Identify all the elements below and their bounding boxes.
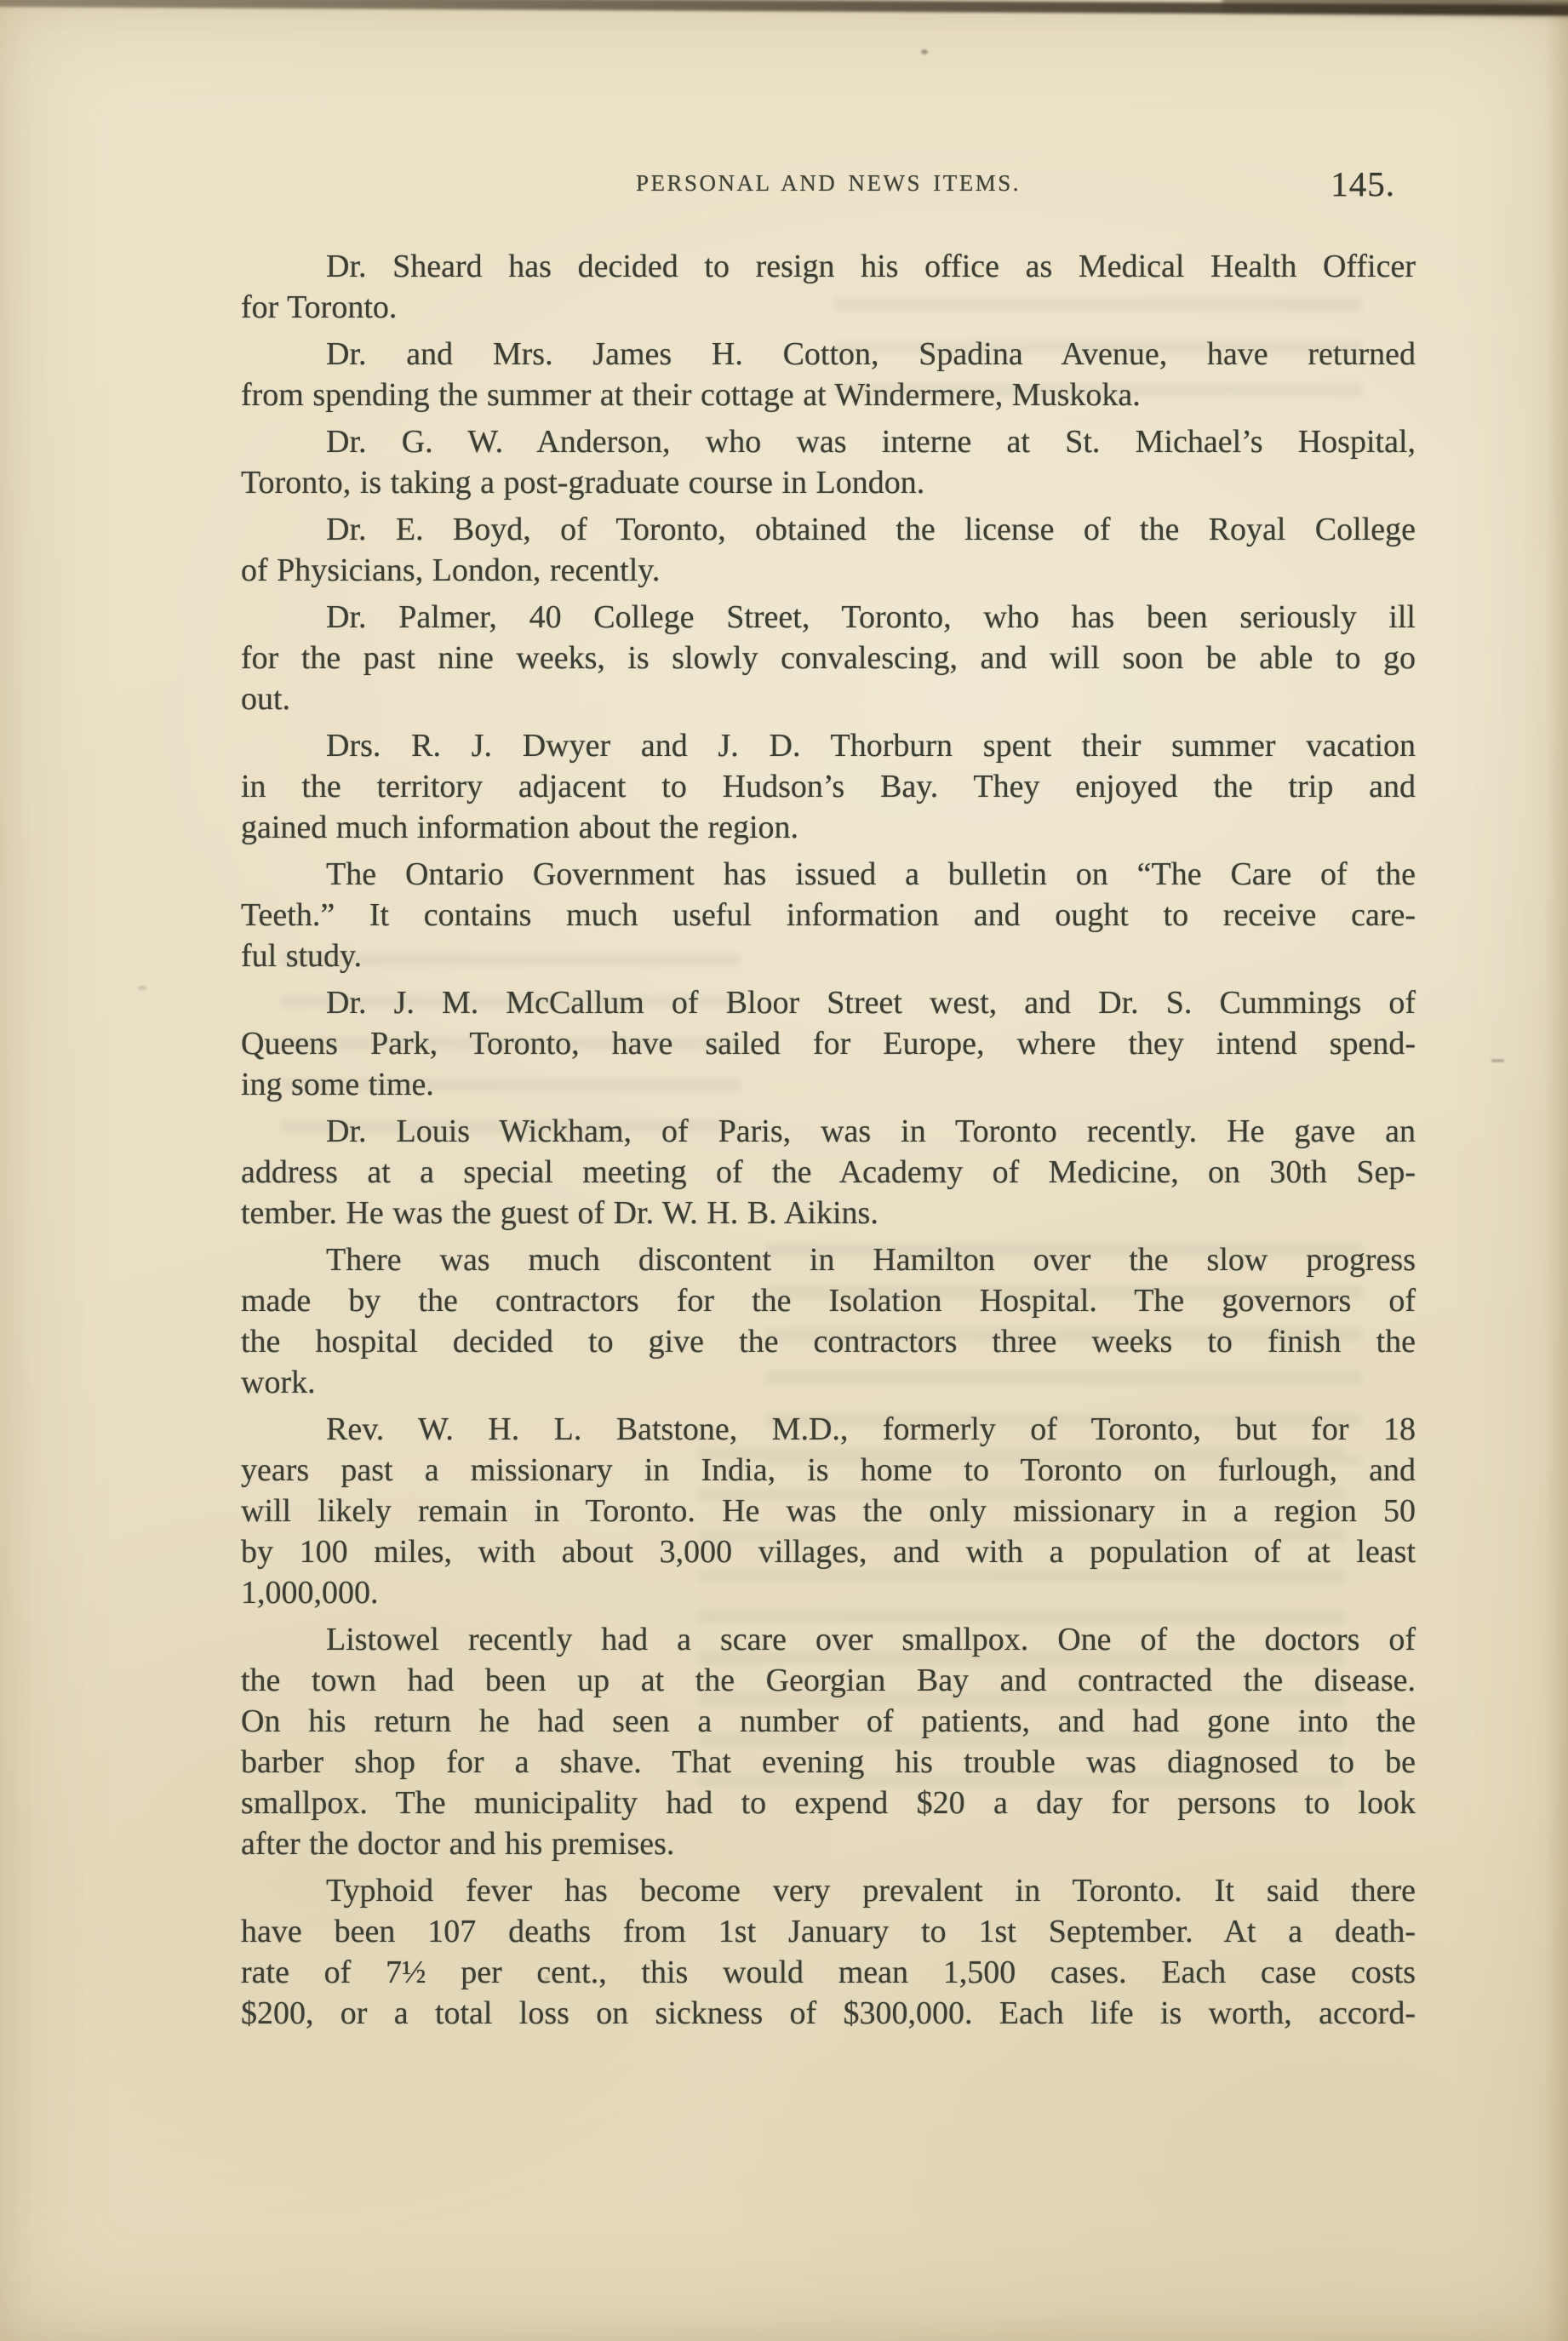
text-line: 1,000,000. bbox=[241, 1572, 1416, 1613]
text-line: Dr. G. W. Anderson, who was interne at S… bbox=[241, 421, 1416, 462]
running-title: PERSONAL AND NEWS ITEMS. bbox=[241, 170, 1416, 197]
paragraph: Dr. and Mrs. James H. Cotton, Spadina Av… bbox=[241, 334, 1416, 415]
paragraph: Dr. G. W. Anderson, who was interne at S… bbox=[241, 421, 1416, 503]
page-left-edge-shadow bbox=[0, 0, 94, 2341]
paragraph: Dr. Palmer, 40 College Street, Toronto, … bbox=[241, 597, 1416, 719]
text-line: from spending the summer at their cottag… bbox=[241, 375, 1416, 415]
text-line: the town had been up at the Georgian Bay… bbox=[241, 1660, 1416, 1701]
text-line: Rev. W. H. L. Batstone, M.D., formerly o… bbox=[241, 1409, 1416, 1450]
scan-speck bbox=[1491, 1059, 1504, 1062]
text-line: Dr. and Mrs. James H. Cotton, Spadina Av… bbox=[241, 334, 1416, 375]
paragraph: There was much discontent in Hamilton ov… bbox=[241, 1239, 1416, 1403]
text-line: Listowel recently had a scare over small… bbox=[241, 1619, 1416, 1660]
text-line: rate of 7½ per cent., this would mean 1,… bbox=[241, 1952, 1416, 1993]
page-top-right-edge-shadow bbox=[1222, 0, 1568, 22]
text-line: ful study. bbox=[241, 936, 1416, 976]
text-line: after the doctor and his premises. bbox=[241, 1823, 1416, 1864]
paragraph: Dr. Sheard has decided to resign his off… bbox=[241, 246, 1416, 328]
text-line: Teeth.” It contains much useful informat… bbox=[241, 895, 1416, 936]
text-line: $200, or a total loss on sickness of $30… bbox=[241, 1993, 1416, 2034]
text-line: There was much discontent in Hamilton ov… bbox=[241, 1239, 1416, 1280]
text-line: out. bbox=[241, 678, 1416, 719]
paragraph: Rev. W. H. L. Batstone, M.D., formerly o… bbox=[241, 1409, 1416, 1613]
scan-speck bbox=[921, 49, 928, 54]
text-line: work. bbox=[241, 1362, 1416, 1403]
text-line: for Toronto. bbox=[241, 287, 1416, 328]
text-line: Toronto, is taking a post-graduate cours… bbox=[241, 462, 1416, 503]
paragraph: The Ontario Government has issued a bull… bbox=[241, 854, 1416, 976]
text-line: address at a special meeting of the Acad… bbox=[241, 1152, 1416, 1193]
text-line: years past a missionary in India, is hom… bbox=[241, 1450, 1416, 1491]
text-line: On his return he had seen a number of pa… bbox=[241, 1701, 1416, 1742]
paragraph: Dr. E. Boyd, of Toronto, obtained the li… bbox=[241, 509, 1416, 591]
text-line: Dr. Louis Wickham, of Paris, was in Toro… bbox=[241, 1111, 1416, 1152]
text-line: gained much information about the region… bbox=[241, 807, 1416, 848]
text-line: Dr. Sheard has decided to resign his off… bbox=[241, 246, 1416, 287]
page-number: 145. bbox=[1331, 163, 1395, 204]
scan-speck bbox=[138, 986, 146, 990]
text-line: for the past nine weeks, is slowly conva… bbox=[241, 638, 1416, 678]
text-line: of Physicians, London, recently. bbox=[241, 550, 1416, 591]
page-right-edge-shadow bbox=[1546, 0, 1568, 2341]
text-line: Drs. R. J. Dwyer and J. D. Thorburn spen… bbox=[241, 725, 1416, 766]
text-line: Dr. E. Boyd, of Toronto, obtained the li… bbox=[241, 509, 1416, 550]
page-header: PERSONAL AND NEWS ITEMS. 145. bbox=[241, 163, 1416, 203]
text-line: smallpox. The municipality had to expend… bbox=[241, 1783, 1416, 1823]
paragraph: Typhoid fever has become very prevalent … bbox=[241, 1870, 1416, 2034]
paragraph: Drs. R. J. Dwyer and J. D. Thorburn spen… bbox=[241, 725, 1416, 848]
text-line: by 100 miles, with about 3,000 villages,… bbox=[241, 1531, 1416, 1572]
text-line: have been 107 deaths from 1st January to… bbox=[241, 1911, 1416, 1952]
text-line: Typhoid fever has become very prevalent … bbox=[241, 1870, 1416, 1911]
paragraph: Dr. Louis Wickham, of Paris, was in Toro… bbox=[241, 1111, 1416, 1233]
article-text: Dr. Sheard has decided to resign his off… bbox=[241, 246, 1416, 2040]
paragraph: Listowel recently had a scare over small… bbox=[241, 1619, 1416, 1864]
text-line: barber shop for a shave. That evening hi… bbox=[241, 1742, 1416, 1783]
text-line: tember. He was the guest of Dr. W. H. B.… bbox=[241, 1193, 1416, 1233]
text-line: in the territory adjacent to Hudson’s Ba… bbox=[241, 766, 1416, 807]
text-line: ing some time. bbox=[241, 1064, 1416, 1105]
text-line: will likely remain in Toronto. He was th… bbox=[241, 1491, 1416, 1531]
text-line: the hospital decided to give the contrac… bbox=[241, 1321, 1416, 1362]
scanned-book-page: PERSONAL AND NEWS ITEMS. 145. Dr. Sheard… bbox=[0, 0, 1568, 2341]
text-line: Dr. Palmer, 40 College Street, Toronto, … bbox=[241, 597, 1416, 638]
text-line: Dr. J. M. McCallum of Bloor Street west,… bbox=[241, 982, 1416, 1023]
text-line: made by the contractors for the Isolatio… bbox=[241, 1280, 1416, 1321]
text-line: Queens Park, Toronto, have sailed for Eu… bbox=[241, 1023, 1416, 1064]
paragraph: Dr. J. M. McCallum of Bloor Street west,… bbox=[241, 982, 1416, 1105]
text-line: The Ontario Government has issued a bull… bbox=[241, 854, 1416, 895]
